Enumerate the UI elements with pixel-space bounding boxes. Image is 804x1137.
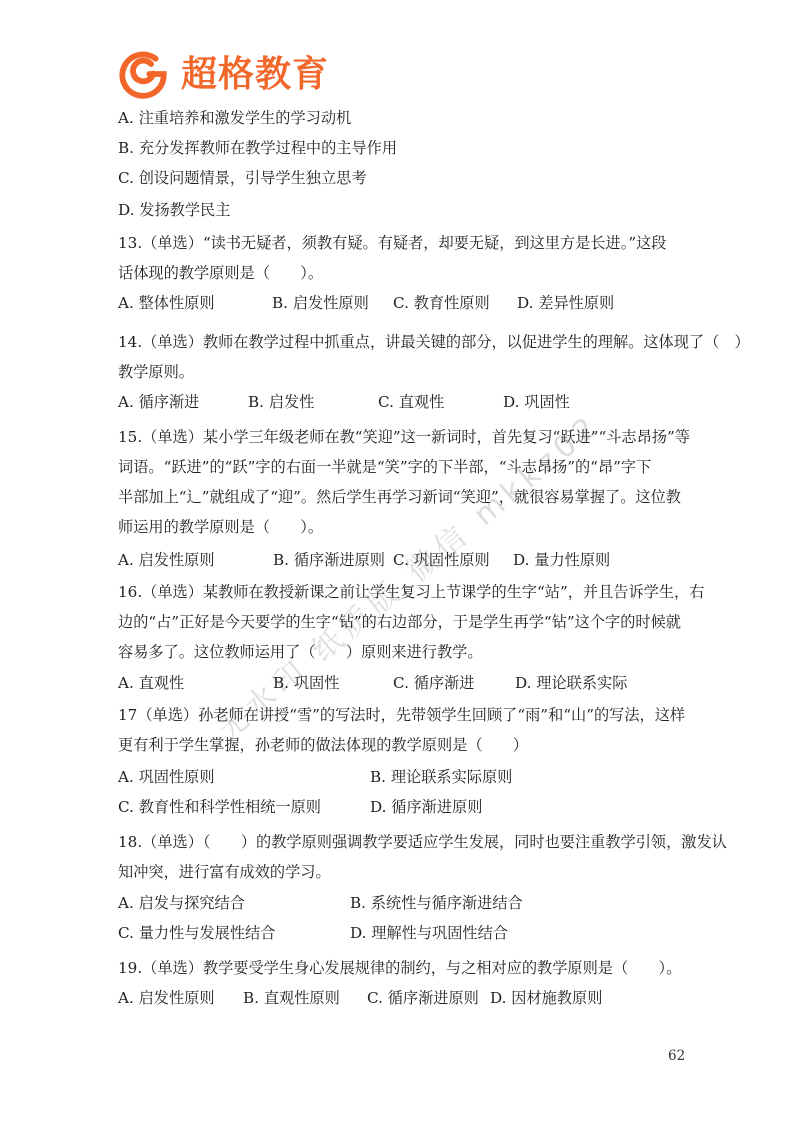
option-a: A. 直观性 xyxy=(118,668,273,698)
option-c: C. 循序渐进原则 xyxy=(367,983,490,1013)
question-16-stem-line-2: 边的“占”正好是今天要学的生字“钻”的右边部分，于是学生再学“钻”这个字的时候就 xyxy=(118,607,696,637)
question-18-stem-line-2: 知冲突，进行富有成效的学习。 xyxy=(118,857,696,887)
question-17-options-row-1: A. 巩固性原则 B. 理论联系实际原则 xyxy=(118,762,696,792)
option-a: A. 启发性原则 xyxy=(118,983,243,1013)
option-d: D. 循序渐进原则 xyxy=(370,792,696,822)
brand-g-icon xyxy=(116,47,170,101)
option-a: A. 启发性原则 xyxy=(118,545,273,575)
option-b: B. 启发性 xyxy=(248,387,378,417)
question-18-options-row-1: A. 启发与探究结合 B. 系统性与循序渐进结合 xyxy=(118,888,696,918)
option-c: C. 教育性和科学性相统一原则 xyxy=(118,792,370,822)
question-19-options-row: A. 启发性原则 B. 直观性原则 C. 循序渐进原则 D. 因材施教原则 xyxy=(118,983,696,1013)
question-17-options-row-2: C. 教育性和科学性相统一原则 D. 循序渐进原则 xyxy=(118,792,696,822)
brand-name: 超格教育 xyxy=(181,47,329,101)
intro-option-a: A. 注重培养和激发学生的学习动机 xyxy=(118,103,696,133)
option-c: C. 循序渐进 xyxy=(393,668,515,698)
option-d: D. 量力性原则 xyxy=(513,545,696,575)
question-19-stem-line-1: 19.（单选）教学要受学生身心发展规律的制约，与之相对应的教学原则是（ ）。 xyxy=(118,953,696,983)
exam-content: A. 注重培养和激发学生的学习动机 B. 充分发挥教师在教学过程中的主导作用 C… xyxy=(118,103,696,1013)
question-16-stem-line-1: 16.（单选）某教师在教授新课之前让学生复习上节课学的生字“站”，并且告诉学生，… xyxy=(118,577,696,607)
option-a: A. 启发与探究结合 xyxy=(118,888,350,918)
question-18-options-row-2: C. 量力性与发展性结合 D. 理解性与巩固性结合 xyxy=(118,918,696,948)
question-15-options-row: A. 启发性原则 B. 循序渐进原则 C. 巩固性原则 D. 量力性原则 xyxy=(118,545,696,575)
question-15-stem-line-4: 师运用的教学原则是（ ）。 xyxy=(118,512,696,542)
option-d: D. 因材施教原则 xyxy=(490,983,696,1013)
question-15-stem-line-3: 半部加上“辶”就组成了“迎”。然后学生再学习新词“笑迎”，就很容易掌握了。这位教 xyxy=(118,482,696,512)
option-b: B. 巩固性 xyxy=(273,668,393,698)
question-16-options-row: A. 直观性 B. 巩固性 C. 循序渐进 D. 理论联系实际 xyxy=(118,668,696,698)
option-b: B. 直观性原则 xyxy=(243,983,367,1013)
brand-logo: 超格教育 xyxy=(116,47,329,101)
question-14-stem-line-2: 教学原则。 xyxy=(118,357,696,387)
option-d: D. 理论联系实际 xyxy=(515,668,696,698)
option-d: D. 理解性与巩固性结合 xyxy=(350,918,696,948)
option-d: D. 差异性原则 xyxy=(517,288,696,318)
question-13-options-row: A. 整体性原则 B. 启发性原则 C. 教育性原则 D. 差异性原则 xyxy=(118,288,696,318)
question-14-options-row: A. 循序渐进 B. 启发性 C. 直观性 D. 巩固性 xyxy=(118,387,696,417)
question-15-stem-line-1: 15.（单选）某小学三年级老师在教“笑迎”这一新词时，首先复习“跃进”“斗志昂扬… xyxy=(118,422,696,452)
question-13-stem-line-2: 话体现的教学原则是（ ）。 xyxy=(118,258,696,288)
option-a: A. 整体性原则 xyxy=(118,288,272,318)
question-18-stem-line-1: 18.（单选）（ ）的教学原则强调教学要适应学生发展，同时也要注重教学引领，激发… xyxy=(118,827,696,857)
option-b: B. 循序渐进原则 xyxy=(273,545,393,575)
option-d: D. 巩固性 xyxy=(503,387,696,417)
option-b: B. 理论联系实际原则 xyxy=(370,762,696,792)
question-16-stem-line-3: 容易多了。这位教师运用了（ ）原则来进行教学。 xyxy=(118,637,696,667)
option-c: C. 直观性 xyxy=(378,387,503,417)
page-number: 62 xyxy=(668,1048,685,1064)
document-page: 无水印 纸质版 微信 mkkz02 超格教育 A. 注重培养和激发学生的学习动机… xyxy=(0,0,804,1137)
option-b: B. 启发性原则 xyxy=(272,288,393,318)
question-15-stem-line-2: 词语。“跃进”的“跃”字的右面一半就是“笑”字的下半部，“斗志昂扬”的“昂”字下 xyxy=(118,452,696,482)
intro-option-d: D. 发扬教学民主 xyxy=(118,195,696,225)
question-14-stem-line-1: 14.（单选）教师在教学过程中抓重点，讲最关键的部分，以促进学生的理解。这体现了… xyxy=(118,327,696,357)
option-a: A. 巩固性原则 xyxy=(118,762,370,792)
option-c: C. 教育性原则 xyxy=(393,288,517,318)
option-b: B. 系统性与循序渐进结合 xyxy=(350,888,696,918)
option-c: C. 巩固性原则 xyxy=(393,545,513,575)
option-a: A. 循序渐进 xyxy=(118,387,248,417)
intro-option-b: B. 充分发挥教师在教学过程中的主导作用 xyxy=(118,133,696,163)
question-13-stem-line-1: 13.（单选）“读书无疑者，须教有疑。有疑者，却要无疑，到这里方是长进。”这段 xyxy=(118,228,696,258)
intro-option-c: C. 创设问题情景，引导学生独立思考 xyxy=(118,163,696,193)
option-c: C. 量力性与发展性结合 xyxy=(118,918,350,948)
question-17-stem-line-1: 17（单选）孙老师在讲授“雪”的写法时，先带领学生回顾了“雨”和“山”的写法，这… xyxy=(118,700,696,730)
question-17-stem-line-2: 更有利于学生掌握，孙老师的做法体现的教学原则是（ ） xyxy=(118,730,696,760)
